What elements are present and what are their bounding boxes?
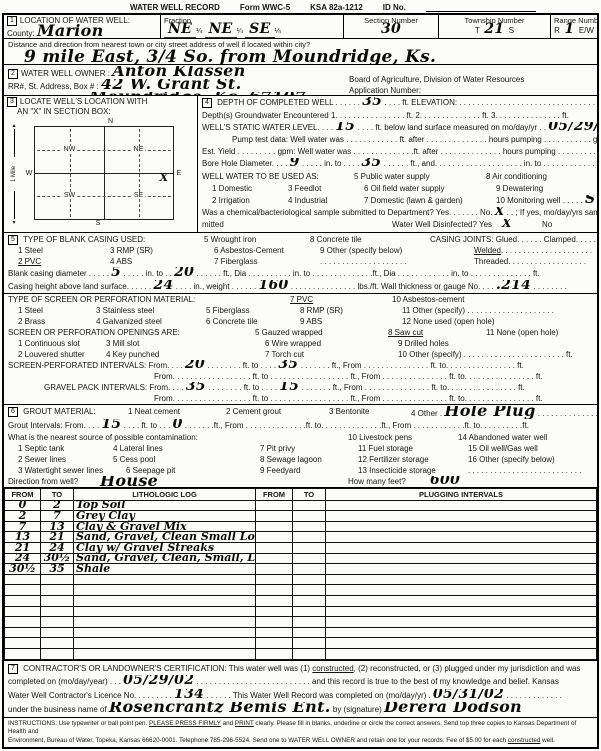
printed-text: Threaded. . . . . . . . . . . . . . . . … bbox=[474, 257, 586, 266]
printed-text: 6 bbox=[8, 407, 18, 417]
handwritten-value: 9 bbox=[290, 158, 300, 170]
handwritten-value: 0 bbox=[173, 419, 183, 432]
quadrant-sw-label: SW bbox=[62, 193, 77, 200]
printed-text: 6 Seepage pit bbox=[126, 465, 260, 476]
handwritten-value: 35 bbox=[278, 360, 298, 371]
section5-casing: 5 TYPE OF BLANK CASING USED:5 Wrought ir… bbox=[4, 233, 597, 294]
option-row: 3 Watertight sewer lines6 Seepage pit9 F… bbox=[4, 465, 597, 476]
printed-text: . . . . . in. to . . bbox=[121, 269, 174, 278]
printed-text: 4 Lateral lines bbox=[113, 443, 260, 454]
empty-cell bbox=[256, 595, 293, 606]
option-row: 2 Sewer lines5 Cess pool8 Sewage lagoon1… bbox=[4, 454, 597, 465]
printed-text: No bbox=[542, 219, 552, 231]
section3-title-1: LOCATE WELL'S LOCATION WITH bbox=[20, 97, 147, 106]
printed-text: . . . . . . ft., Dia . . . . . . . . . .… bbox=[194, 269, 539, 278]
printed-text: 3 Stainless steel bbox=[96, 305, 206, 316]
printed-text: 7 bbox=[8, 664, 18, 674]
quarter-symbol: ¼ bbox=[196, 26, 202, 35]
empty-cell bbox=[256, 553, 293, 564]
section3-title: 3LOCATE WELL'S LOCATION WITHAN "X" IN SE… bbox=[4, 96, 197, 118]
owner-line: 2WATER WELL OWNER : Anton Klassen bbox=[4, 66, 349, 79]
empty-cell bbox=[326, 521, 597, 532]
empty-cell bbox=[256, 564, 293, 575]
empty-cell bbox=[326, 595, 597, 606]
empty-cell bbox=[293, 574, 326, 585]
printed-text: 5 TYPE OF BLANK CASING USED: bbox=[8, 234, 204, 245]
handwritten-value: STOCK bbox=[585, 195, 597, 207]
printed-text: . . . . in., weight . . . . . . bbox=[174, 282, 259, 291]
empty-cell bbox=[293, 595, 326, 606]
printed-text: . . . . ft. below land surface measured … bbox=[355, 123, 548, 132]
printed-text: 4 Industrial bbox=[288, 195, 364, 207]
printed-text: 6 GROUT MATERIAL: bbox=[8, 406, 128, 419]
empty-cell bbox=[293, 627, 326, 638]
handwritten-value: 134 bbox=[174, 689, 204, 702]
col-plugging-intervals: PLUGGING INTERVALS bbox=[326, 488, 597, 500]
printed-text: . . . . . . . . . . . . . . . . . . . . … bbox=[194, 677, 559, 686]
printed-text: 14 Abandoned water well bbox=[458, 432, 547, 443]
handwritten-cell: Shale bbox=[74, 564, 256, 575]
litho-table-row bbox=[5, 627, 597, 638]
printed-text: 6 Wire wrapped bbox=[265, 338, 398, 349]
section-box-middle: W NW NE SW SE bbox=[24, 126, 197, 220]
handwritten-cell: 13 bbox=[41, 521, 74, 532]
center-horizontal-line bbox=[35, 173, 173, 174]
option-row: 2 Brass4 Galvanized steel6 Concrete tile… bbox=[4, 316, 597, 327]
litho-table-row: 02Top Soil bbox=[5, 500, 597, 511]
litho-table-row bbox=[5, 606, 597, 617]
printed-text: Water Well Contractor's Licence No. . . … bbox=[8, 691, 174, 700]
printed-text: 6 Asbestos-Cement bbox=[214, 245, 320, 256]
printed-text: PLEASE PRESS FIRMLY bbox=[149, 720, 221, 727]
empty-cell bbox=[41, 617, 74, 628]
printed-text: GRAVEL PACK INTERVALS: From. . . . bbox=[44, 383, 186, 392]
application-number-label: Application Number: bbox=[349, 85, 597, 96]
empty-cell bbox=[256, 574, 293, 585]
litho-table-row bbox=[5, 595, 597, 606]
printed-text: 1 Continuous slot bbox=[8, 338, 106, 349]
handwritten-value: 20 bbox=[174, 267, 194, 280]
handwritten-cell: 0 bbox=[5, 500, 41, 511]
printed-text: 1 Steel bbox=[8, 245, 110, 256]
section1-number: 1 bbox=[7, 16, 17, 26]
board-of-agriculture-text: Board of Agriculture, Division of Water … bbox=[349, 74, 597, 85]
empty-cell bbox=[293, 648, 326, 659]
printed-text: Environment, Bureau of Water, Topeka, Ka… bbox=[8, 737, 508, 744]
printed-text: 1 Domestic bbox=[202, 183, 288, 195]
printed-text: 11 Fuel storage bbox=[358, 443, 468, 454]
section2-number: 2 bbox=[8, 69, 18, 79]
printed-text: and bbox=[221, 720, 235, 727]
printed-text: . . . . . . . . ft. to . . . . bbox=[206, 383, 279, 392]
printed-text: . . . . . . . . bbox=[531, 282, 567, 291]
section-number-cell: Section Number 30 bbox=[344, 15, 439, 38]
handwritten-value: 5 bbox=[111, 267, 121, 280]
section-number-value: 30 bbox=[347, 25, 435, 34]
water-well-record-form: WATER WELL RECORD Form WWC-5 KSA 82a-121… bbox=[0, 0, 601, 751]
col-from-right: FROM bbox=[256, 488, 293, 500]
handwritten-cell: 24 bbox=[41, 542, 74, 553]
printed-text: 4 ABS bbox=[110, 256, 214, 267]
printed-text: Direction from well? bbox=[8, 476, 100, 487]
form-body: 1LOCATION OF WATER WELL: County: Marion … bbox=[2, 13, 599, 749]
printed-text: 10 Monitoring well . . . . . bbox=[496, 196, 585, 205]
empty-cell bbox=[293, 606, 326, 617]
range-line: R 1 E/W bbox=[554, 25, 594, 35]
quarter-symbol: ¼ bbox=[237, 26, 243, 35]
handwritten-value: 15 bbox=[335, 122, 355, 134]
handwritten-cell: 30½ bbox=[41, 553, 74, 564]
handwritten-cell: Top Soil bbox=[74, 500, 256, 511]
empty-cell bbox=[293, 564, 326, 575]
printed-text: From. . . . . . . . . . . . . . . . . . … bbox=[154, 394, 543, 403]
empty-cell bbox=[41, 595, 74, 606]
gravel-pack-intervals-line2: From. . . . . . . . . . . . . . . . . . … bbox=[4, 393, 597, 404]
handwritten-value: House bbox=[100, 476, 348, 487]
litho-table-row: 713Clay & Gravel Mix bbox=[5, 521, 597, 532]
owner-right: Board of Agriculture, Division of Water … bbox=[349, 65, 597, 96]
printed-text: . . . . . . . . . . . . . bbox=[504, 691, 562, 700]
sample-submitted-line: Was a chemical/bacteriological sample su… bbox=[198, 207, 597, 219]
certification-line3: Water Well Contractor's Licence No. . . … bbox=[4, 689, 597, 703]
well-location-x-mark: X bbox=[159, 171, 168, 184]
option-row: TYPE OF SCREEN OR PERFORATION MATERIAL:7… bbox=[4, 294, 597, 305]
empty-cell bbox=[256, 511, 293, 522]
township-s: S bbox=[509, 26, 514, 35]
form-title: WATER WELL RECORD bbox=[130, 3, 220, 12]
instructions-line1: INSTRUCTIONS: Use typewriter or ball poi… bbox=[8, 720, 593, 737]
one-mile-scale: ▴ 1 Mile ▾ bbox=[4, 118, 24, 230]
distance-value: 9 mile East, 3/4 So. from Moundridge, Ks… bbox=[24, 47, 436, 65]
printed-text: . . . . . . .ft., From . . . . . . . . .… bbox=[183, 421, 529, 430]
address-value: 42 W. Grant St. bbox=[101, 79, 242, 92]
empty-cell bbox=[256, 606, 293, 617]
handwritten-cell: 13 bbox=[5, 532, 41, 543]
handwritten-cell: Sand, Gravel, Clean Small Loose bbox=[74, 532, 256, 543]
groundwater-encountered-line: Depth(s) Groundwater Encountered 1. . . … bbox=[198, 110, 597, 122]
printed-text: 10 Monitoring well . . . . . STOCK . . .… bbox=[496, 195, 597, 207]
litho-table-row bbox=[5, 585, 597, 596]
empty-cell bbox=[5, 617, 41, 628]
screen-perforated-intervals-line1: SCREEN-PERFORATED INTERVALS: From. . . .… bbox=[4, 360, 597, 371]
distance-line: 9 mile East, 3/4 So. from Moundridge, Ks… bbox=[4, 49, 597, 65]
screen-openings-grid: SCREEN OR PERFORATION OPENINGS ARE:5 Gau… bbox=[4, 327, 597, 360]
printed-text: well. bbox=[540, 737, 554, 744]
screen-material-options: TYPE OF SCREEN OR PERFORATION MATERIAL:7… bbox=[4, 294, 597, 327]
empty-cell bbox=[5, 627, 41, 638]
printed-text: 2 PVC bbox=[8, 256, 110, 267]
litho-table-row: 30½35Shale bbox=[5, 564, 597, 575]
owner-left: 2WATER WELL OWNER : Anton Klassen RR#, S… bbox=[4, 65, 349, 96]
option-row: 5 TYPE OF BLANK CASING USED:5 Wrought ir… bbox=[4, 234, 597, 245]
empty-cell bbox=[293, 617, 326, 628]
option-row: mittedWater Well Disinfected? Yes XNo bbox=[198, 219, 597, 231]
compass-south: S bbox=[24, 220, 172, 228]
empty-cell bbox=[41, 574, 74, 585]
printed-text: TYPE OF BLANK CASING USED: bbox=[21, 235, 145, 244]
empty-cell bbox=[326, 648, 597, 659]
option-row: What is the nearest source of possible c… bbox=[4, 432, 597, 443]
empty-cell bbox=[326, 553, 597, 564]
printed-text: 12 None used (open hole) bbox=[402, 316, 495, 327]
printed-text: 13 Insecticide storage bbox=[358, 465, 468, 476]
empty-cell bbox=[293, 542, 326, 553]
range-r: R bbox=[554, 26, 560, 35]
printed-text: 7 Pit privy bbox=[260, 443, 358, 454]
section3-number: 3 bbox=[7, 97, 17, 107]
printed-text: Grout Intervals: From. . . . bbox=[8, 421, 101, 430]
empty-cell bbox=[326, 606, 597, 617]
printed-text: 2 Irrigation bbox=[202, 195, 288, 207]
option-row: 6 GROUT MATERIAL:1 Neat cement2 Cement g… bbox=[4, 406, 597, 419]
printed-text: . . . . . . . ft., From . . . . . . . . … bbox=[298, 361, 523, 370]
direction-from-well-line: Direction from well?HouseHow many feet?6… bbox=[4, 476, 597, 487]
printed-text: Bore Hole Diameter. . . . bbox=[202, 159, 290, 168]
compass-north: N bbox=[24, 118, 197, 126]
printed-text: 9 Drilled holes bbox=[398, 338, 449, 349]
printed-text: 4 bbox=[202, 98, 212, 108]
compass-east: E bbox=[174, 170, 184, 177]
empty-cell bbox=[5, 648, 41, 659]
printed-text: GROUT MATERIAL: bbox=[21, 407, 96, 416]
empty-cell bbox=[74, 638, 256, 649]
id-number-blank bbox=[426, 3, 536, 12]
printed-text: 1 Steel bbox=[8, 305, 96, 316]
empty-cell bbox=[326, 511, 597, 522]
empty-cell bbox=[326, 627, 597, 638]
form-header: WATER WELL RECORD Form WWC-5 KSA 82a-121… bbox=[0, 0, 601, 12]
handwritten-cell: 2 bbox=[41, 500, 74, 511]
dashed-line bbox=[70, 129, 71, 217]
litho-table-header: FROM TO LITHOLOGIC LOG FROM TO PLUGGING … bbox=[5, 488, 597, 500]
empty-cell bbox=[293, 638, 326, 649]
printed-text: INSTRUCTIONS: Use typewriter or ball poi… bbox=[8, 720, 149, 727]
township-line: T 21 S bbox=[442, 25, 547, 35]
printed-text: Casing height above land surface. . . . … bbox=[8, 282, 153, 291]
range-ew: E/W bbox=[579, 26, 594, 35]
printed-text: SCREEN-PERFORATED INTERVALS: From. . . . bbox=[8, 361, 185, 370]
empty-cell bbox=[74, 574, 256, 585]
printed-text: 6 Oil field water supply bbox=[364, 183, 496, 195]
printed-text: 7 Torch cut bbox=[265, 349, 398, 360]
blank-casing-diameter-line: Blank casing diameter . . . . . 5 . . . … bbox=[4, 267, 597, 280]
disinfected-line: mittedWater Well Disinfected? Yes XNo bbox=[198, 219, 597, 231]
handwritten-value: 15 bbox=[279, 382, 299, 393]
printed-text: Threaded. . . . . . . . . . . . . . . . … bbox=[440, 256, 586, 267]
handwritten-cell: Grey Clay bbox=[74, 511, 256, 522]
printed-text: . . ; If yes, mo/day/yrs sample was sub- bbox=[504, 208, 597, 217]
printed-text: under the business name of bbox=[8, 705, 109, 714]
printed-text: 1 Septic tank bbox=[8, 443, 113, 454]
printed-text: , (2) reconstructed, or (3) plugged unde… bbox=[354, 664, 581, 673]
printed-text: 3 RMP (SR) bbox=[110, 245, 214, 256]
empty-cell bbox=[41, 648, 74, 659]
distance-row: Distance and direction from nearest town… bbox=[4, 39, 597, 65]
arrow-up-icon: ▴ bbox=[12, 122, 15, 129]
printed-text: completed on (mo/day/year) . . . bbox=[8, 677, 123, 686]
empty-cell bbox=[293, 532, 326, 543]
empty-cell bbox=[5, 585, 41, 596]
empty-cell bbox=[74, 648, 256, 659]
handwritten-cell: 21 bbox=[41, 532, 74, 543]
location-depth-row: 3LOCATE WELL'S LOCATION WITHAN "X" IN SE… bbox=[4, 96, 597, 232]
handwritten-value: 05/31/02 bbox=[433, 689, 504, 702]
estimated-yield-line: Est. Yield . . . . . . . . . gpm: Well w… bbox=[198, 146, 597, 158]
empty-cell bbox=[74, 606, 256, 617]
printed-text: 7 PVC bbox=[290, 294, 392, 305]
empty-cell bbox=[326, 542, 597, 553]
litho-table-row bbox=[5, 638, 597, 649]
printed-text: Pump test data: Well water was . . . . .… bbox=[232, 135, 597, 144]
certification-line4: under the business name of Rosencrantz B… bbox=[4, 702, 597, 717]
empty-cell bbox=[326, 638, 597, 649]
option-row: WELL WATER TO BE USED AS:5 Public water … bbox=[198, 171, 597, 183]
printed-text: Est. Yield . . . . . . . . . gpm: Well w… bbox=[202, 147, 597, 156]
litho-table-row bbox=[5, 617, 597, 628]
printed-text: 10 Livestock pens bbox=[348, 432, 458, 443]
dashed-line bbox=[37, 150, 171, 151]
empty-cell bbox=[41, 606, 74, 617]
handwritten-cell: 7 bbox=[41, 511, 74, 522]
printed-text: 12 Fertilizer storage bbox=[358, 454, 468, 465]
printed-text: 4 Other . Hole Plug . . . . . . . . . . … bbox=[411, 406, 597, 419]
option-row: 1 Continuous slot3 Mill slot6 Wire wrapp… bbox=[4, 338, 597, 349]
fraction-line: NE¼ NE¼ SE¼ bbox=[164, 25, 340, 35]
handwritten-value: 20 bbox=[185, 360, 205, 371]
empty-cell bbox=[5, 606, 41, 617]
handwritten-value: Derera Dodson bbox=[384, 702, 522, 716]
intervals-block: SCREEN-PERFORATED INTERVALS: From. . . .… bbox=[4, 360, 597, 405]
empty-cell bbox=[74, 595, 256, 606]
handwritten-cell: 21 bbox=[5, 542, 41, 553]
empty-cell bbox=[293, 521, 326, 532]
gravel-pack-intervals-line1: GRAVEL PACK INTERVALS: From. . . . 35 . … bbox=[4, 382, 597, 393]
handwritten-value: Hole Plug bbox=[444, 406, 535, 419]
printed-text: 5 Wrought iron bbox=[204, 234, 310, 245]
address-line: RR#, St. Address, Box # : 42 W. Grant St… bbox=[4, 79, 349, 92]
option-row: 2 PVC4 ABS7 Fiberglass. . . . . . . . . … bbox=[4, 256, 597, 267]
option-row: SCREEN OR PERFORATION OPENINGS ARE:5 Gau… bbox=[4, 327, 597, 338]
printed-text: . . . . . . This Water Well Record was c… bbox=[204, 691, 433, 700]
owner-value: Anton Klassen bbox=[112, 66, 245, 79]
printed-text: constructed bbox=[508, 737, 541, 744]
bore-hole-diameter-line: Bore Hole Diameter. . . . 9 . . . . . in… bbox=[198, 158, 597, 170]
option-row: 2 Irrigation4 Industrial7 Domestic (lawn… bbox=[198, 195, 597, 207]
empty-cell bbox=[41, 627, 74, 638]
owner-section: 2WATER WELL OWNER : Anton Klassen RR#, S… bbox=[4, 65, 597, 97]
dashed-line bbox=[139, 129, 140, 217]
litho-table-row: 2430½Sand, Gravel, Clean, Small, Loose bbox=[5, 553, 597, 564]
quadrant-ne-label: NE bbox=[132, 147, 146, 154]
printed-text: 10 Other (specify) . . . . . . . . . . .… bbox=[398, 349, 573, 360]
litho-table-row bbox=[5, 574, 597, 585]
owner-title: WATER WELL OWNER : bbox=[21, 69, 110, 78]
printed-text: . . . . . . . ft., From . . . . . . . . … bbox=[299, 383, 524, 392]
handwritten-cell: 2 bbox=[5, 511, 41, 522]
section-grid-box: NW NE SW SE X bbox=[34, 126, 174, 220]
dashed-line bbox=[37, 196, 171, 197]
printed-text: Blank casing diameter . . . . . bbox=[8, 269, 111, 278]
handwritten-value: 35 bbox=[361, 158, 381, 170]
empty-cell bbox=[74, 627, 256, 638]
printed-text: WELL'S STATIC WATER LEVEL. . . . bbox=[202, 123, 335, 132]
empty-cell bbox=[326, 574, 597, 585]
screen-perforated-intervals-line2: From. . . . . . . . . . . . . . . . . . … bbox=[4, 371, 597, 382]
empty-cell bbox=[256, 500, 293, 511]
printed-text: Was a chemical/bacteriological sample su… bbox=[202, 208, 495, 217]
empty-cell bbox=[256, 648, 293, 659]
handwritten-value: 600 bbox=[430, 476, 460, 487]
litho-table-row: 27Grey Clay bbox=[5, 511, 597, 522]
empty-cell bbox=[326, 564, 597, 575]
quarter-symbol: ¼ bbox=[275, 26, 281, 35]
certification-line2: completed on (mo/day/year) . . . 05/29/0… bbox=[4, 675, 597, 689]
empty-cell bbox=[293, 585, 326, 596]
printed-text: 6 Concrete tile bbox=[206, 316, 300, 327]
printed-text: mitted bbox=[202, 219, 392, 231]
handwritten-value: 35 bbox=[186, 382, 206, 393]
quadrant-nw-label: NW bbox=[62, 147, 78, 154]
lithologic-log-table: FROM TO LITHOLOGIC LOG FROM TO PLUGGING … bbox=[4, 488, 597, 660]
printed-text: 3 Bentonite bbox=[329, 406, 411, 419]
casing-height-line: Casing height above land surface. . . . … bbox=[4, 280, 597, 293]
printed-text: 2 Louvered shutter bbox=[8, 349, 106, 360]
printed-text: 3 Mill slot bbox=[106, 338, 265, 349]
empty-cell bbox=[74, 617, 256, 628]
printed-text: 2 Cement grout bbox=[226, 406, 329, 419]
printed-text: . . . . . . . . . . . . . . . bbox=[536, 409, 597, 418]
fraction-cell: Fraction NE¼ NE¼ SE¼ bbox=[161, 15, 344, 38]
township-value: 21 bbox=[484, 21, 504, 37]
printed-text: Depth(s) Groundwater Encountered 1. . . … bbox=[202, 111, 569, 120]
printed-text: . . . . ft. ELEVATION: . . . . . . . . .… bbox=[382, 98, 597, 107]
printed-text: 5 Cess pool bbox=[113, 454, 260, 465]
printed-text: WELL WATER TO BE USED AS: bbox=[202, 171, 354, 183]
section-box-body: ▴ 1 Mile ▾ N W bbox=[4, 118, 197, 230]
screen-openings-options: SCREEN OR PERFORATION OPENINGS ARE:5 Gau… bbox=[4, 327, 597, 360]
printed-text: 3 Watertight sewer lines bbox=[8, 465, 126, 476]
handwritten-cell: Sand, Gravel, Clean, Small, Loose bbox=[74, 553, 256, 564]
empty-cell bbox=[326, 585, 597, 596]
printed-text: DEPTH OF COMPLETED WELL . . . . . . bbox=[215, 98, 362, 107]
printed-text: 7 Fiberglass bbox=[214, 256, 320, 267]
empty-cell bbox=[256, 617, 293, 628]
empty-cell bbox=[5, 574, 41, 585]
section3-title-2: AN "X" IN SECTION BOX: bbox=[7, 107, 111, 116]
static-water-level-line: WELL'S STATIC WATER LEVEL. . . . 15 . . … bbox=[198, 122, 597, 134]
address-label: RR#, St. Address, Box # : bbox=[8, 82, 99, 91]
printed-text: 11 Other (specify) . . . . . . . . . . .… bbox=[402, 305, 554, 316]
range-value: 1 bbox=[564, 21, 574, 37]
option-row: 1 Septic tank4 Lateral lines7 Pit privy1… bbox=[4, 443, 597, 454]
contamination-source-options: What is the nearest source of possible c… bbox=[4, 432, 597, 476]
empty-cell bbox=[293, 511, 326, 522]
printed-text: by (signature) bbox=[331, 705, 384, 714]
instructions-line2: Environment, Bureau of Water, Topeka, Ka… bbox=[8, 737, 593, 746]
empty-cell bbox=[326, 617, 597, 628]
section1-location-row: 1LOCATION OF WATER WELL: County: Marion … bbox=[4, 15, 597, 39]
printed-text: 5 bbox=[8, 235, 18, 245]
handwritten-value: Rosencrantz Bemis Ent. bbox=[109, 702, 331, 716]
printed-text: 10 Asbestos-cement bbox=[392, 294, 464, 305]
casing-type-options: 5 TYPE OF BLANK CASING USED:5 Wrought ir… bbox=[4, 234, 597, 267]
certification-line1: 7 CONTRACTOR'S OR LANDOWNER'S CERTIFICAT… bbox=[4, 662, 597, 676]
col-to-left: TO bbox=[41, 488, 74, 500]
handwritten-cell: 24 bbox=[5, 553, 41, 564]
printed-text: 8 Air conditioning bbox=[486, 171, 597, 183]
printed-text: What is the nearest source of possible c… bbox=[8, 432, 348, 443]
printed-text: . . . . . . . . ft. to . . . . bbox=[205, 361, 278, 370]
